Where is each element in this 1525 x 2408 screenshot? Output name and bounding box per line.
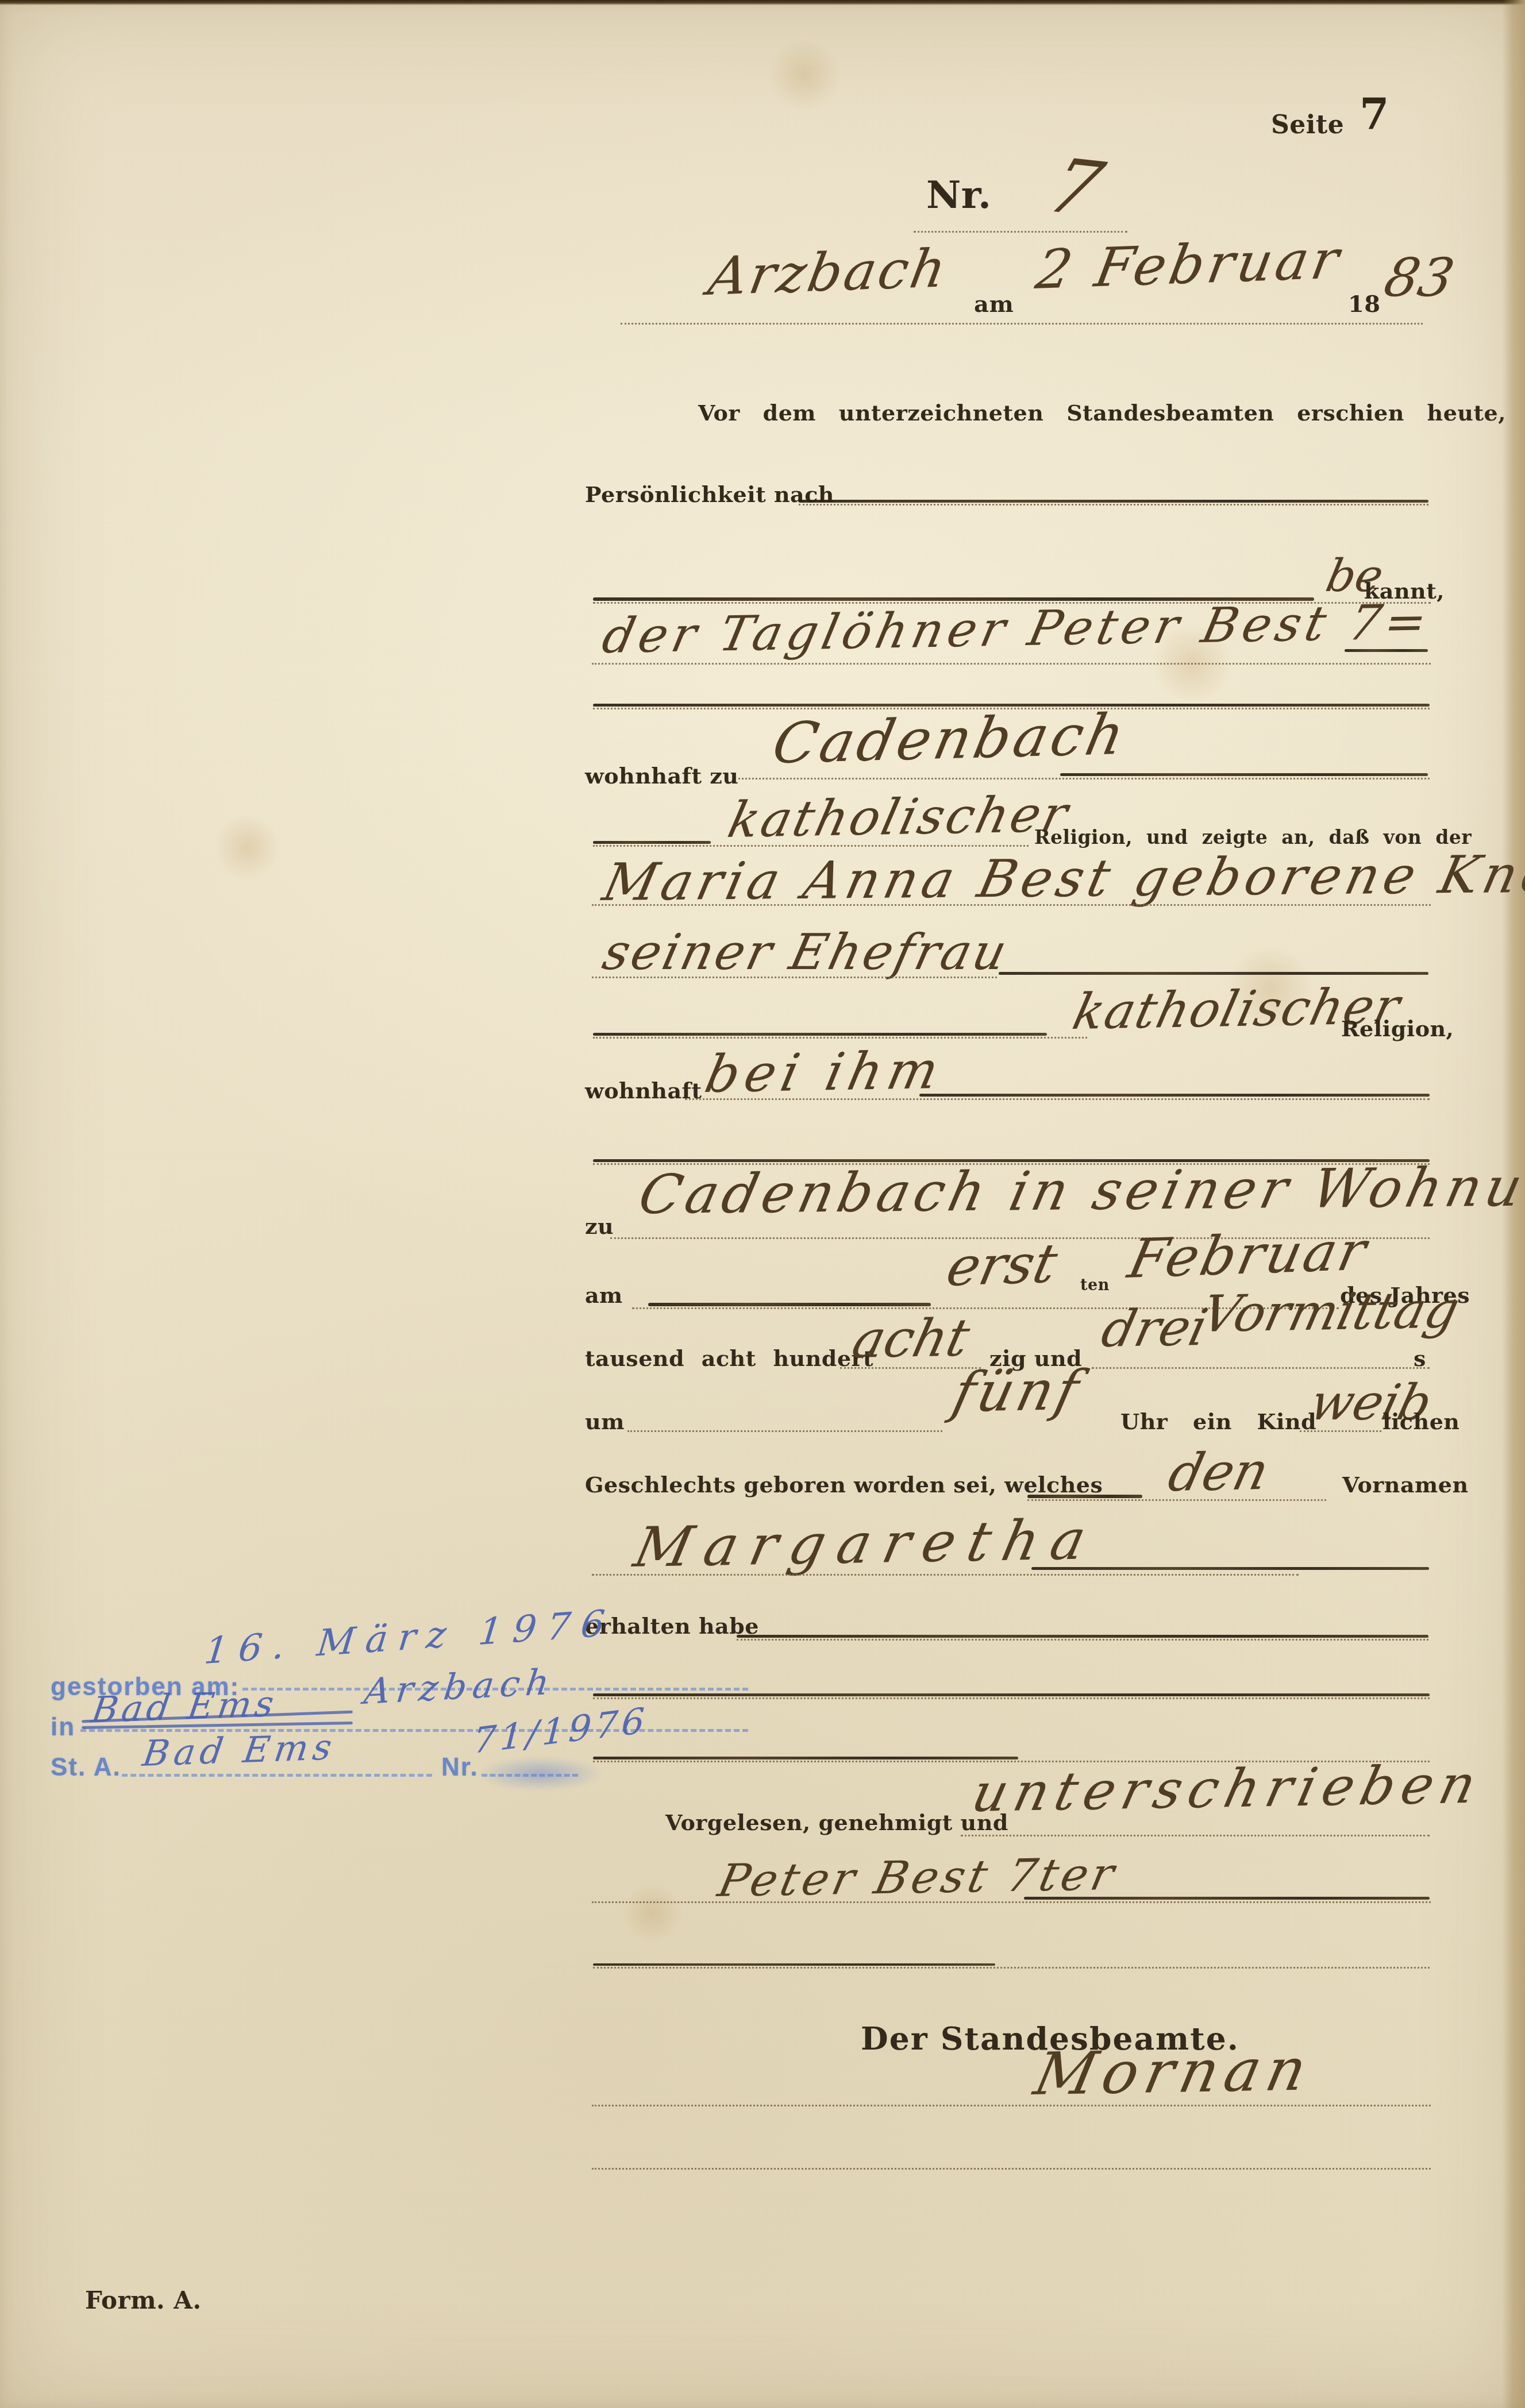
- ink-stroke: [593, 1033, 1047, 1036]
- scan-top-edge: [0, 0, 1525, 5]
- century-printed: 18: [1348, 291, 1381, 318]
- wohnhaft-label: wohnhaft: [585, 1078, 702, 1103]
- form-type-label: Form. A.: [85, 2286, 202, 2314]
- dotted-line: [914, 231, 1127, 233]
- vorgelesen-label: Vorgelesen, genehmigt und: [665, 1809, 1008, 1835]
- dotted-line: [593, 1037, 1087, 1039]
- birth-place-handwritten: Cadenbach in seiner Wohnung: [633, 1155, 1525, 1226]
- ink-stroke: [1060, 773, 1428, 776]
- dotted-line: [799, 504, 1428, 505]
- declarant-handwritten: der Taglöhner Peter Best 7=: [598, 593, 1437, 664]
- lichen-label: lichen: [1382, 1408, 1459, 1434]
- vornamen-label: Vornamen: [1342, 1472, 1469, 1498]
- mother-residence-handwritten: bei ihm: [700, 1040, 949, 1105]
- dotted-line: [738, 778, 1430, 779]
- year-unit-handwritten: drei: [1096, 1298, 1213, 1359]
- unterschrieben-handwritten: unterschrieben: [966, 1754, 1489, 1824]
- dotted-line: [592, 904, 1431, 906]
- year-handwritten: 83: [1379, 247, 1459, 308]
- page-number: 7: [1360, 90, 1389, 139]
- ink-stroke: [1031, 1567, 1429, 1570]
- stamp-ink-smudge: [477, 1757, 603, 1791]
- uhr-kind-label: Uhr ein Kind: [1120, 1408, 1316, 1434]
- daytime-handwritten: Vormittag: [1196, 1280, 1465, 1344]
- paper-stain: [764, 40, 845, 109]
- article-handwritten: den: [1163, 1441, 1274, 1503]
- dotted-line: [592, 1901, 1431, 1903]
- am2-label: am: [585, 1282, 623, 1308]
- dotted-line: [593, 1967, 1430, 1969]
- stamp-dashed-line: [122, 1774, 432, 1777]
- ink-stroke: [648, 1303, 931, 1306]
- dotted-line: [627, 1430, 942, 1432]
- dotted-line: [592, 663, 1431, 665]
- event-date-handwritten: 2 Februar: [1031, 229, 1347, 302]
- birth-hour-handwritten: fünf: [947, 1358, 1088, 1425]
- wohnhaft-zu-label: wohnhaft zu: [585, 763, 738, 789]
- dotted-line: [592, 2105, 1431, 2106]
- geschlechts-label: Geschlechts geboren worden sei, welches: [585, 1472, 1103, 1498]
- decade-handwritten: acht: [847, 1308, 975, 1370]
- declarant-religion-handwritten: katholischer: [723, 786, 1075, 849]
- ten-label: ten: [1080, 1276, 1110, 1294]
- birth-month-handwritten: Februar: [1123, 1220, 1374, 1291]
- dotted-line: [592, 977, 997, 978]
- ink-stroke: [737, 1635, 1428, 1638]
- religion-label: Religion,: [1341, 1016, 1454, 1041]
- dotted-line: [593, 1697, 1430, 1699]
- stamp-sta-value-handwritten: Bad Ems: [140, 1726, 339, 1774]
- zu-label: zu: [585, 1213, 614, 1239]
- dotted-line: [737, 1639, 1428, 1641]
- dotted-line: [1092, 1367, 1430, 1369]
- stamp-in-label: in: [51, 1713, 75, 1742]
- declarant-residence-handwritten: Cadenbach: [767, 702, 1133, 777]
- am-label: am: [974, 291, 1014, 318]
- dotted-line: [961, 1835, 1430, 1836]
- dotted-line: [685, 1098, 1430, 1100]
- persoenlichkeit-label: Persönlichkeit nach: [585, 481, 834, 507]
- event-place-handwritten: Arzbach: [704, 238, 953, 307]
- registrar-signature-handwritten: Mornan: [1029, 2036, 1319, 2109]
- registry-document-page: Seite 7 Nr. 7 Arzbach am 2 Februar 18 83…: [0, 0, 1525, 2408]
- ink-stroke: [999, 972, 1428, 975]
- dotted-line: [592, 1574, 1299, 1576]
- paper-stain: [213, 816, 282, 879]
- stamp-death-place-handwritten: Arzbach: [362, 1661, 557, 1712]
- ink-stroke: [593, 841, 711, 844]
- dotted-line: [621, 323, 1423, 325]
- ink-stroke: [1024, 1897, 1430, 1900]
- intro-line: Vor dem unterzeichneten Standesbeamten e…: [698, 400, 1525, 426]
- ink-stroke: [593, 1693, 1430, 1696]
- mother-relation-handwritten: seiner Ehefrau: [598, 924, 1014, 981]
- nr-label: Nr.: [926, 172, 992, 217]
- dotted-line: [1300, 1430, 1381, 1432]
- seite-label: Seite: [1271, 110, 1344, 140]
- mother-name-handwritten: Maria Anna Best geborene Knopp: [598, 843, 1525, 913]
- record-number-handwritten: 7: [1038, 143, 1113, 233]
- stamp-nr-value-handwritten: 71/1976: [472, 1699, 649, 1762]
- birth-day-handwritten: erst: [941, 1233, 1062, 1299]
- tausend-label: tausend acht hundert: [585, 1345, 873, 1371]
- ink-stroke: [593, 1963, 995, 1966]
- ink-stroke: [919, 1094, 1430, 1097]
- ink-stroke: [799, 500, 1428, 503]
- stamp-sta-label: St. A.: [51, 1753, 121, 1782]
- paper-stain: [621, 1884, 684, 1942]
- ink-stroke: [1345, 649, 1428, 652]
- ink-stroke: [593, 1757, 1018, 1759]
- dotted-line: [592, 2168, 1431, 2170]
- um-label: um: [585, 1408, 625, 1434]
- ink-stroke: [1027, 1495, 1142, 1498]
